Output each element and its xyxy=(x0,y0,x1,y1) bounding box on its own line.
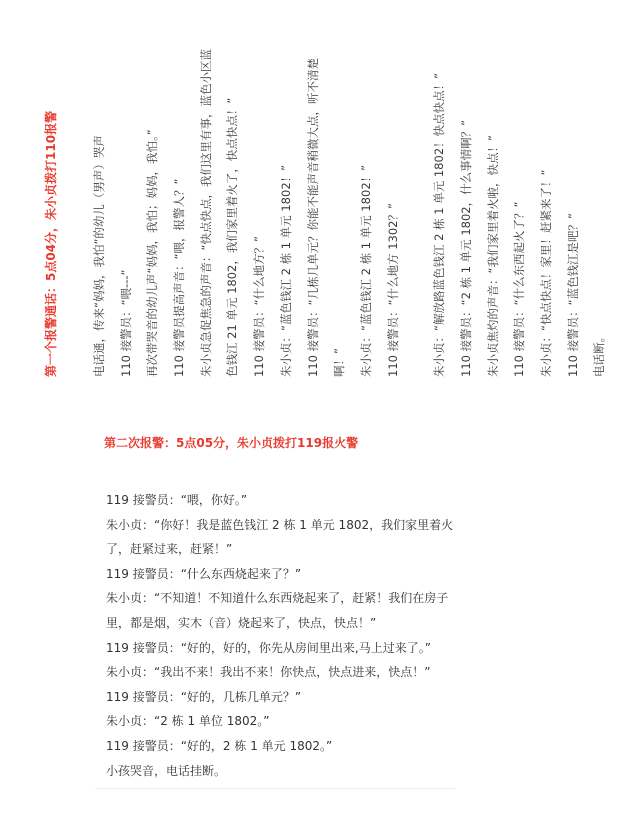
transcript-line: 119 接警员：“什么东西烧起来了？” xyxy=(106,562,466,587)
transcript-line: 色钱江 21 单元 1802，我们家里着火了，快点快点！” xyxy=(219,37,246,377)
transcript-line: 119 接警员：“好的，几栋几单元？” xyxy=(106,685,466,710)
transcript-line: 朱小贞：“2 栋 1 单位 1802。” xyxy=(106,709,466,734)
transcript-line: 110 接警员：“什么东西起火了？” xyxy=(506,37,533,377)
second-call-lines: 119 接警员：“喂，你好。” 朱小贞：“你好！我是蓝色钱江 2 栋 1 单元 … xyxy=(106,488,466,783)
scan-edge-divider xyxy=(95,788,455,789)
transcript-line: 朱小贞：“蓝色钱江 2 栋 1 单元 1802！” xyxy=(353,37,380,377)
transcript-line: 朱小贞：“快点快点！家里！赶紧来了！” xyxy=(533,37,560,377)
transcript-line: 110 接警员：“蓝色钱江是吧？” xyxy=(560,37,587,377)
transcript-line: 110 接警员：“喂---” xyxy=(113,37,140,377)
transcript-line: 电话断。 xyxy=(586,37,613,377)
transcript-line: 朱小贞：“蓝色钱江 2 栋 1 单元 1802！” xyxy=(273,37,300,377)
transcript-line: 110 接警员：“什么地方 1302？” xyxy=(380,37,407,377)
transcript-line: 再次带哭音的幼儿声“妈妈，我怕；妈妈，我怕。” xyxy=(139,37,166,377)
transcript-line: 朱小贞：“解放路蓝色钱江 2 栋 1 单元 1802！快点快点！” xyxy=(426,37,453,377)
transcript-line: 啊！” xyxy=(326,37,353,377)
transcript-line: 110 接警员：“什么地方？” xyxy=(246,37,273,377)
transcript-line: 里，都是烟，实木（音）烧起来了，快点，快点！” xyxy=(106,611,466,636)
second-call-heading: 第二次报警：5点05分，朱小贞拨打119报火警 xyxy=(104,434,358,451)
transcript-line: 朱小贞：“你好！我是蓝色钱江 2 栋 1 单元 1802，我们家里着火 xyxy=(106,513,466,538)
transcript-line: 110 接警员提高声音：“喂，报警人？” xyxy=(166,37,193,377)
transcript-line: 119 接警员：“好的，好的，你先从房间里出来,马上过来了。” xyxy=(106,636,466,661)
transcript-line: 了，赶紧过来，赶紧！” xyxy=(106,537,466,562)
transcript-line: 119 接警员：“好的，2 栋 1 单元 1802。” xyxy=(106,734,466,759)
transcript-line: 电话通，传来“妈妈，我怕”的幼儿（男声）哭声 xyxy=(86,37,113,377)
transcript-line: 119 接警员：“喂，你好。” xyxy=(106,488,466,513)
second-call-transcript: 第二次报警：5点05分，朱小贞拨打119报火警 119 接警员：“喂，你好。” … xyxy=(90,428,470,788)
paragraph-gap xyxy=(406,37,426,377)
first-call-lines: 电话通，传来“妈妈，我怕”的幼儿（男声）哭声 110 接警员：“喂---” 再次… xyxy=(86,37,613,377)
transcript-line: 朱小贞急促焦急的声音：“快点快点，我们这里有事，蓝色小区蓝 xyxy=(193,37,220,377)
first-call-transcript-scan: 第一个报警通话：5点04分，朱小贞拨打110报警 电话通，传来“妈妈，我怕”的幼… xyxy=(28,30,593,405)
transcript-line: 朱小贞：“不知道！不知道什么东西烧起来了，赶紧！我们在房子 xyxy=(106,586,466,611)
transcript-line: 110 接警员：“2 栋 1 单元 1802，什么事情啊？” xyxy=(453,37,480,377)
first-call-heading: 第一个报警通话：5点04分，朱小贞拨打110报警 xyxy=(42,111,59,377)
rotated-page: 第一个报警通话：5点04分，朱小贞拨打110报警 电话通，传来“妈妈，我怕”的幼… xyxy=(28,30,593,405)
transcript-line: 朱小贞：“我出不来！我出不来！你快点，快点进来，快点！” xyxy=(106,660,466,685)
transcript-line: 110 接警员：“几栋几单元？你能不能声音稍微大点，听不清楚 xyxy=(300,37,327,377)
transcript-line: 小孩哭音，电话挂断。 xyxy=(106,759,466,784)
transcript-line: 朱小贞焦灼的声音：“我们家里着火啦，快点！” xyxy=(480,37,507,377)
